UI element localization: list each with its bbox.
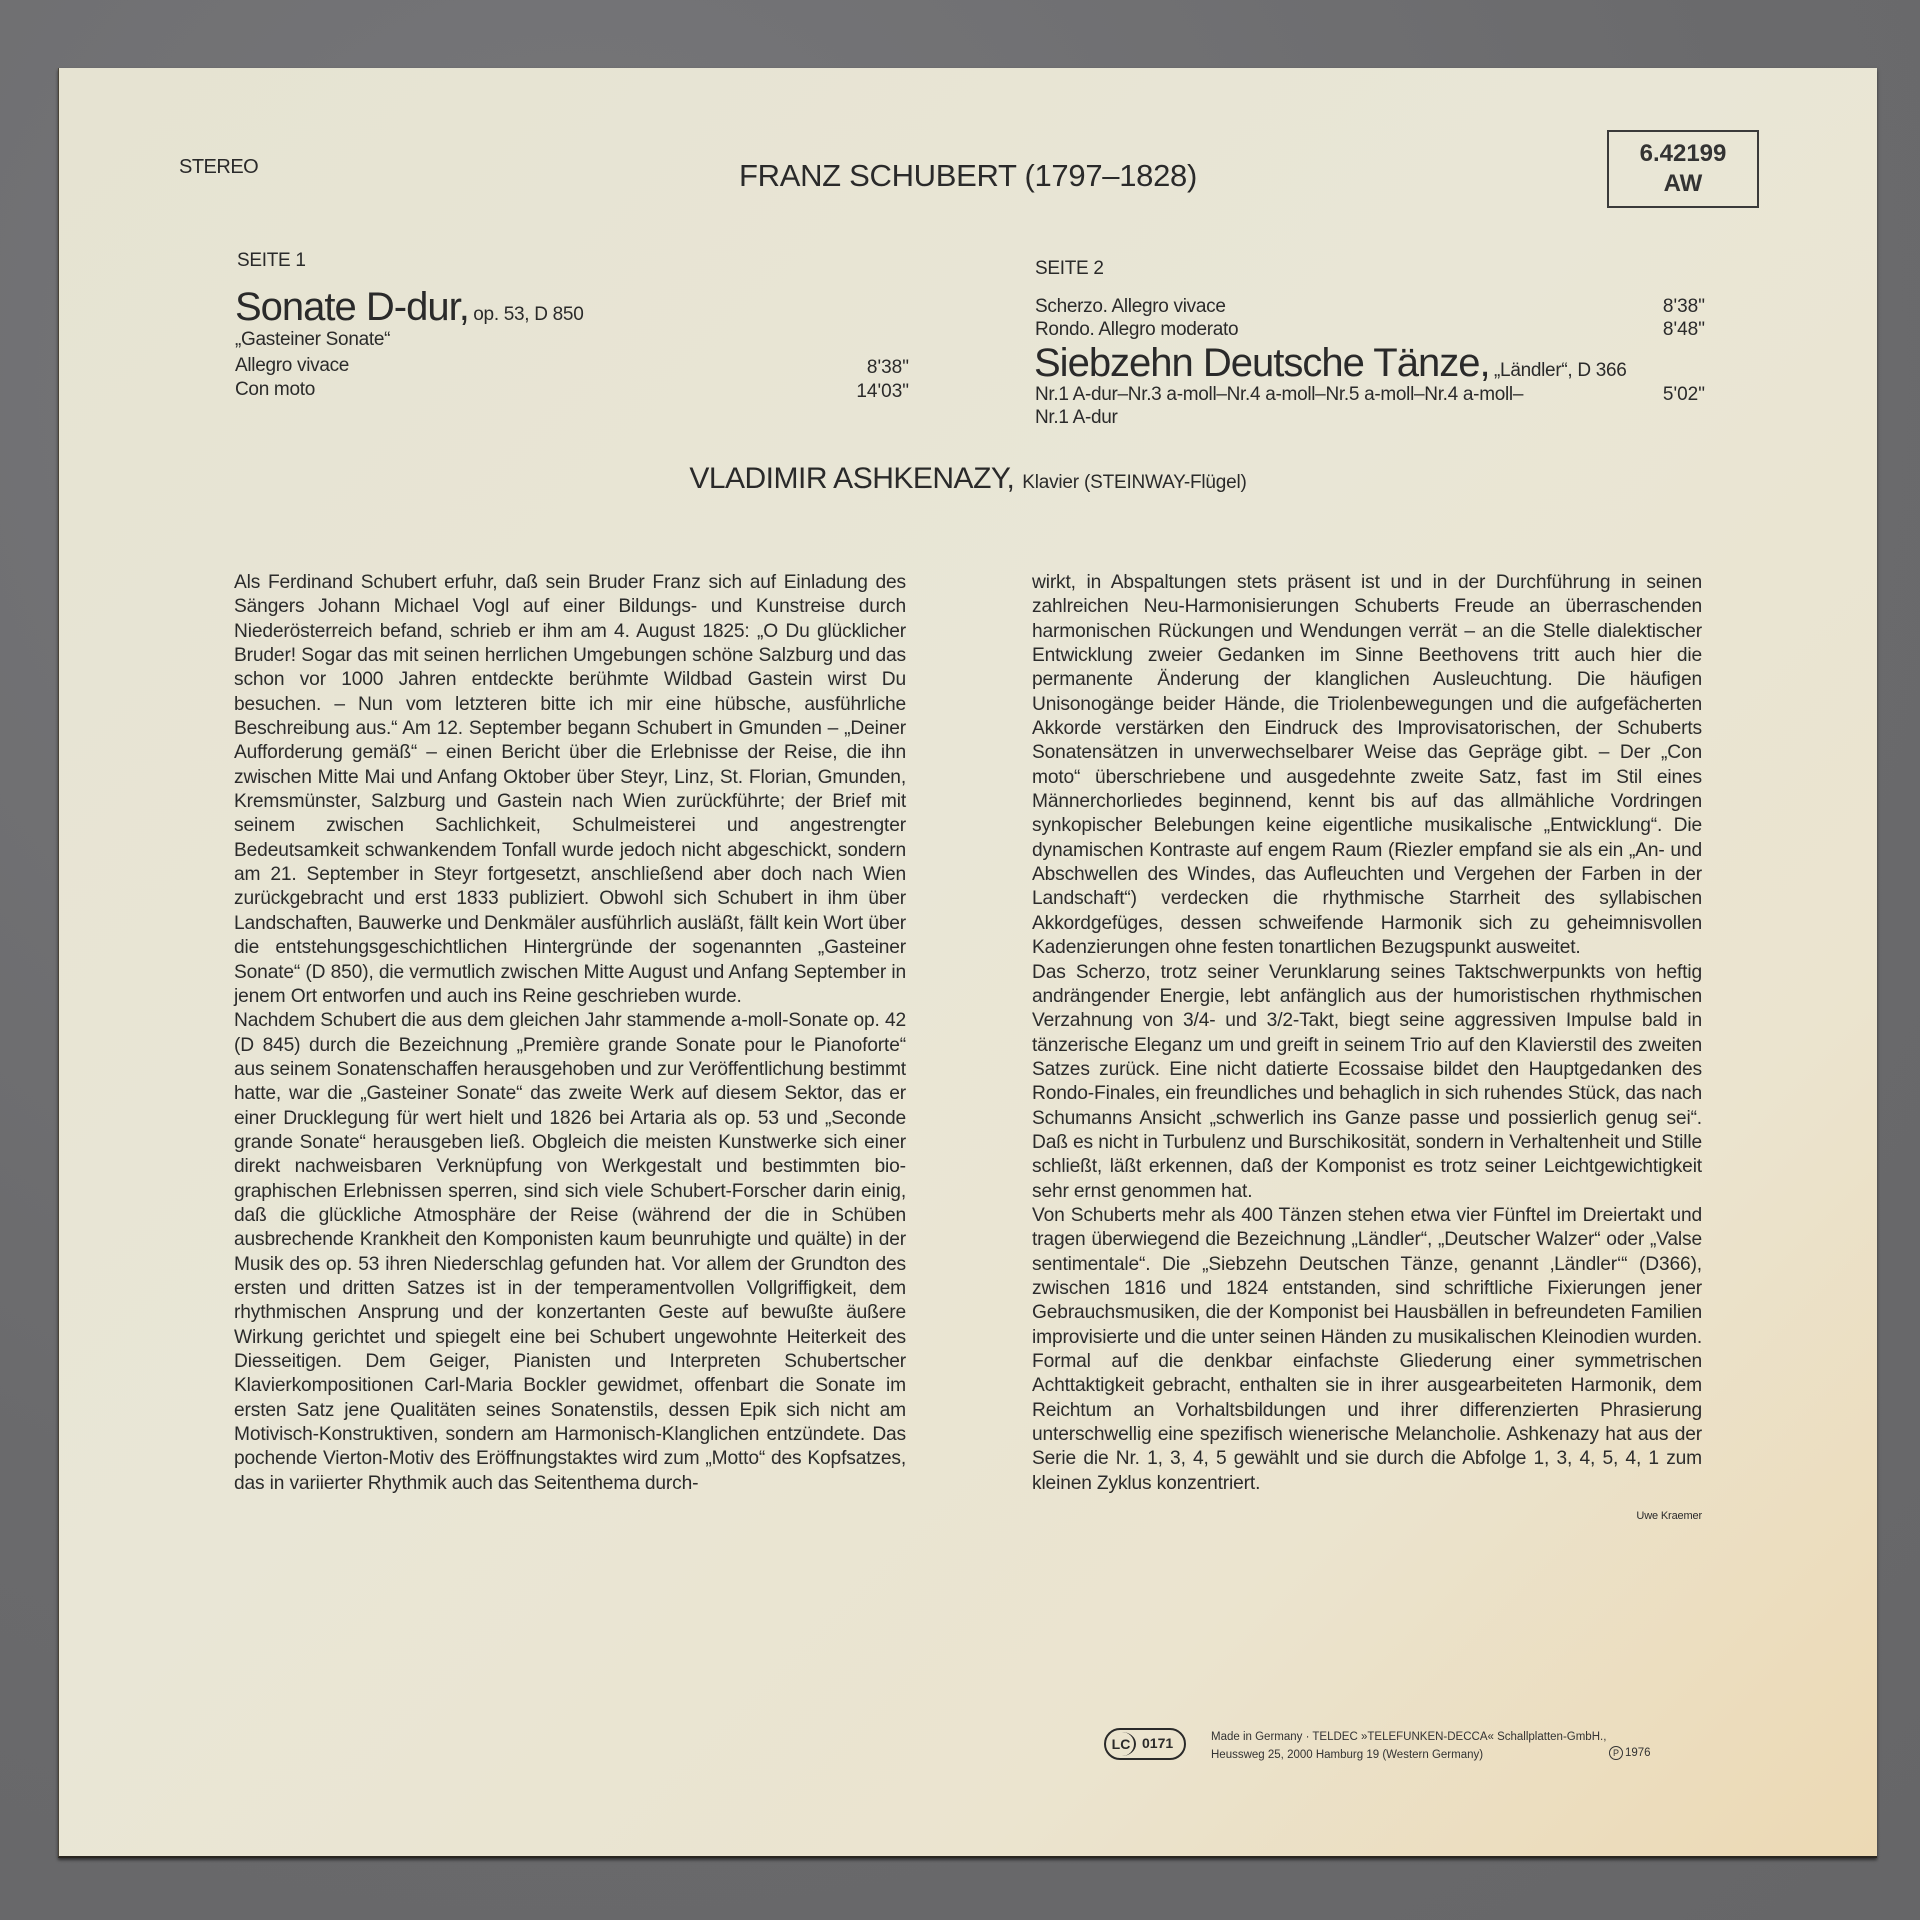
side2-track-title: Scherzo. Allegro vivace (1035, 296, 1226, 318)
side2-work-heading: Siebzehn Deutsche Tänze, „Ländler“, D 36… (1034, 341, 1627, 386)
side1-track-duration: 14'03" (809, 381, 909, 403)
side2-work-title: Siebzehn Deutsche Tänze, (1034, 341, 1490, 385)
label-code-badge: LC 0171 (1104, 1728, 1186, 1760)
copyright-year: 1976 (1625, 1747, 1651, 1759)
performer-instrument: Klavier (STEINWAY-Flügel) (1022, 472, 1246, 493)
liner-notes-paragraph: Das Scherzo, trotz seiner Verunklarung s… (1032, 961, 1702, 1204)
side2-track-duration: 8'38" (1605, 296, 1705, 318)
side1-work-heading: Sonate D-dur, op. 53, D 850 (235, 285, 583, 330)
liner-notes-paragraph: wirkt, in Abspaltungen stets präsent ist… (1032, 571, 1702, 961)
side1-work-subtitle: „Gasteiner Sonate“ (235, 329, 390, 351)
liner-notes-author: Uwe Kraemer (1032, 1504, 1702, 1528)
lc-number: 0171 (1142, 1735, 1173, 1751)
liner-notes-right-column: wirkt, in Abspaltungen stets präsent ist… (1032, 571, 1702, 1528)
side2-work-opus: „Ländler“, D 366 (1494, 360, 1627, 381)
side1-label: SEITE 1 (237, 250, 306, 272)
publisher-line1: Made in Germany · TELDEC »TELEFUNKEN-DEC… (1211, 1728, 1606, 1746)
lc-prefix: LC (1108, 1732, 1136, 1756)
catalog-number-box: 6.42199 AW (1607, 130, 1759, 208)
side2-work-track-duration: 5'02" (1605, 384, 1705, 406)
publisher-info: Made in Germany · TELDEC »TELEFUNKEN-DEC… (1211, 1728, 1606, 1764)
phonogram-icon: P (1609, 1746, 1623, 1760)
composer-name: FRANZ SCHUBERT (739, 158, 1016, 193)
performer-name: VLADIMIR ASHKENAZY, (689, 462, 1014, 495)
side1-work-title: Sonate D-dur, (235, 285, 469, 329)
side2-label: SEITE 2 (1035, 258, 1104, 280)
phonogram-copyright: P1976 (1609, 1746, 1651, 1760)
record-back-cover: STEREO FRANZ SCHUBERT (1797–1828) 6.4219… (58, 68, 1877, 1858)
liner-notes-paragraph: Nachdem Schubert die aus dem gleichen Ja… (234, 1009, 906, 1496)
side1-work-opus: op. 53, D 850 (473, 304, 583, 325)
side1-track-title: Allegro vivace (235, 355, 349, 377)
liner-notes-left-column: Als Ferdinand Schubert erfuhr, daß sein … (234, 571, 906, 1496)
composer-heading: FRANZ SCHUBERT (1797–1828) (59, 158, 1877, 194)
side2-work-track-line2: Nr.1 A-dur (1035, 407, 1118, 429)
side1-track-duration: 8'38" (809, 357, 909, 379)
liner-notes-paragraph: Als Ferdinand Schubert erfuhr, daß sein … (234, 571, 906, 1009)
side2-work-track-line1: Nr.1 A-dur–Nr.3 a-moll–Nr.4 a-moll–Nr.5 … (1035, 384, 1523, 406)
catalog-code: AW (1609, 169, 1757, 199)
side1-track-title: Con moto (235, 379, 315, 401)
side2-track-duration: 8'48" (1605, 319, 1705, 341)
liner-notes-paragraph: Von Schuberts mehr als 400 Tänzen stehen… (1032, 1204, 1702, 1496)
publisher-line2: Heussweg 25, 2000 Hamburg 19 (Western Ge… (1211, 1746, 1606, 1764)
side2-track-title: Rondo. Allegro moderato (1035, 319, 1238, 341)
performer-credit: VLADIMIR ASHKENAZY, Klavier (STEINWAY-Fl… (59, 462, 1877, 496)
composer-dates: (1797–1828) (1024, 158, 1197, 193)
catalog-number: 6.42199 (1609, 139, 1757, 169)
